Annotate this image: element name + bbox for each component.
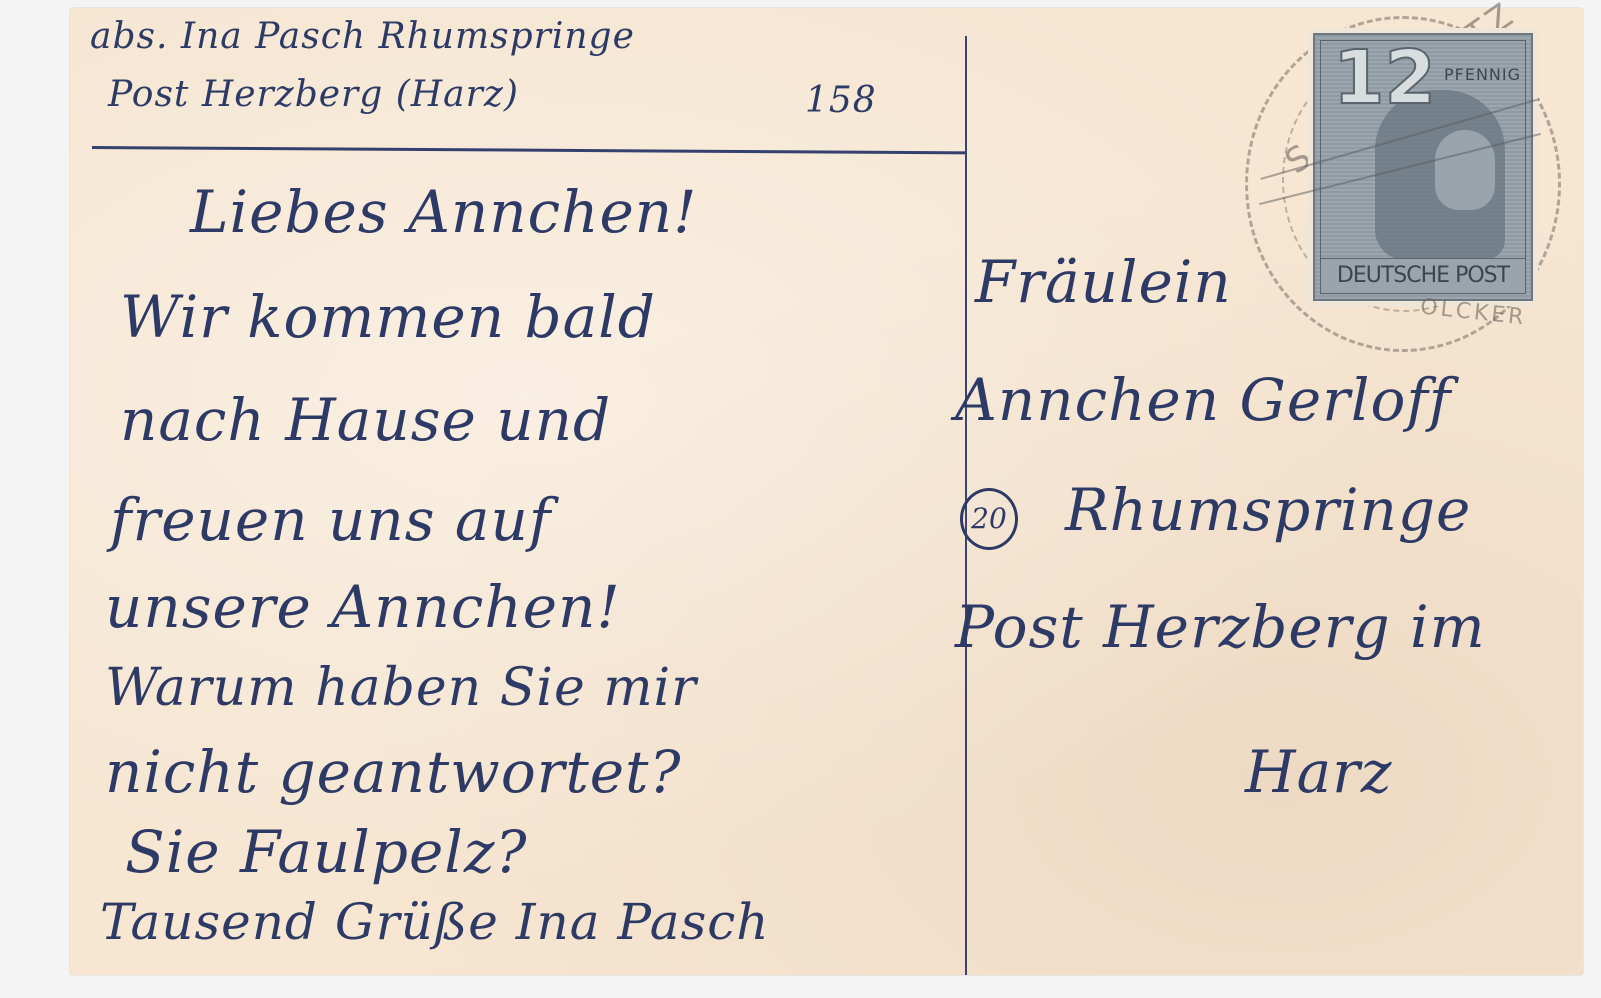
message-line-5: unsere Annchen! xyxy=(105,573,621,641)
address-region: Harz xyxy=(1245,738,1392,806)
message-line-1: Liebes Annchen! xyxy=(190,178,697,246)
address-salutation: Fräulein xyxy=(975,248,1232,316)
sender-underline xyxy=(92,146,967,154)
sender-line-2: Post Herzberg (Harz) xyxy=(108,74,519,115)
message-line-7: nicht geantwortet? xyxy=(105,738,682,806)
sender-line-1: abs. Ina Pasch Rhumspringe xyxy=(90,16,635,57)
postal-zone-circle: 20 xyxy=(960,488,1018,550)
stamp-value: 12 xyxy=(1333,35,1436,121)
stamp-face-icon xyxy=(1435,130,1495,210)
stamp-country: DEUTSCHE POST xyxy=(1321,258,1525,293)
address-name: Annchen Gerloff xyxy=(955,366,1451,434)
message-line-2: Wir kommen bald xyxy=(120,283,656,351)
message-signature: Tausend Grüße Ina Pasch xyxy=(100,893,769,951)
postage-stamp: 12 PFENNIG DEUTSCHE POST xyxy=(1313,33,1533,301)
message-line-3: nach Hause und xyxy=(120,386,611,454)
stamp-currency: PFENNIG xyxy=(1444,65,1521,84)
address-town: Rhumspringe xyxy=(1065,476,1471,544)
message-line-4: freuen uns auf xyxy=(110,486,551,554)
postcard: abs. Ina Pasch Rhumspringe Post Herzberg… xyxy=(70,8,1583,975)
address-post-office: Post Herzberg im xyxy=(955,593,1486,661)
message-line-8: Sie Faulpelz? xyxy=(125,818,528,886)
sender-house-number: 158 xyxy=(805,80,877,121)
message-line-6: Warum haben Sie mir xyxy=(105,658,697,718)
